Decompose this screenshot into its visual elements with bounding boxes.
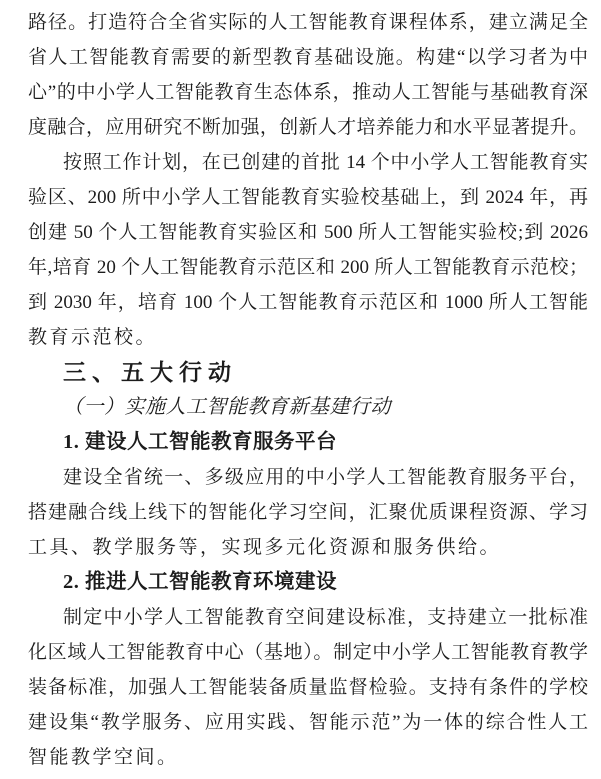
document-page: 路径。打造符合全省实际的人工智能教育课程体系，建立满足全省人工智能教育需要的新型…	[0, 0, 601, 779]
text-line: 化区域人工智能教育中心（基地）。制定中小学人工智能教育教学	[28, 635, 588, 670]
subsection-heading-one: （一）实施人工智能教育新基建行动	[28, 390, 588, 425]
text-line: 三、五大行动	[28, 355, 588, 390]
text-line: 按照工作计划，在已创建的首批 14 个中小学人工智能教育实	[28, 145, 588, 180]
text-line: 制定中小学人工智能教育空间建设标准，支持建立一批标准	[28, 600, 588, 635]
body-paragraph-platform: 建设全省统一、多级应用的中小学人工智能教育服务平台，搭建融合线上线下的智能化学习…	[28, 460, 588, 565]
numbered-heading-2: 2. 推进人工智能教育环境建设	[28, 565, 588, 600]
text-line: 1. 建设人工智能教育服务平台	[28, 425, 588, 460]
text-line: （一）实施人工智能教育新基建行动	[28, 390, 588, 425]
body-paragraph-work-plan: 按照工作计划，在已创建的首批 14 个中小学人工智能教育实验区、200 所中小学…	[28, 145, 588, 355]
text-line: 度融合，应用研究不断加强，创新人才培养能力和水平显著提升。	[28, 110, 588, 145]
body-paragraph-environment: 制定中小学人工智能教育空间建设标准，支持建立一批标准化区域人工智能教育中心（基地…	[28, 600, 588, 775]
text-line: 建设集“教学服务、应用实践、智能示范”为一体的综合性人工	[28, 705, 588, 740]
text-line: 工具、教学服务等，实现多元化资源和服务供给。	[28, 530, 588, 565]
text-line: 教育示范校。	[28, 320, 588, 355]
text-line: 年,培育 20 个人工智能教育示范区和 200 所人工智能教育示范校；	[28, 250, 588, 285]
text-line: 到 2030 年，培育 100 个人工智能教育示范区和 1000 所人工智能	[28, 285, 588, 320]
text-line: 心”的中小学人工智能教育生态体系，推动人工智能与基础教育深	[28, 75, 588, 110]
document-body: 路径。打造符合全省实际的人工智能教育课程体系，建立满足全省人工智能教育需要的新型…	[28, 5, 588, 775]
text-line: 验区、200 所中小学人工智能教育实验校基础上，到 2024 年，再	[28, 180, 588, 215]
text-line: 建设全省统一、多级应用的中小学人工智能教育服务平台，	[28, 460, 588, 495]
section-heading-three: 三、五大行动	[28, 355, 588, 390]
text-line: 2. 推进人工智能教育环境建设	[28, 565, 588, 600]
text-line: 装备标准，加强人工智能装备质量监督检验。支持有条件的学校	[28, 670, 588, 705]
text-line: 搭建融合线上线下的智能化学习空间，汇聚优质课程资源、学习	[28, 495, 588, 530]
text-line: 省人工智能教育需要的新型教育基础设施。构建“以学习者为中	[28, 40, 588, 75]
numbered-heading-1: 1. 建设人工智能教育服务平台	[28, 425, 588, 460]
text-line: 路径。打造符合全省实际的人工智能教育课程体系，建立满足全	[28, 5, 588, 40]
body-paragraph-continued: 路径。打造符合全省实际的人工智能教育课程体系，建立满足全省人工智能教育需要的新型…	[28, 5, 588, 145]
text-line: 创建 50 个人工智能教育实验区和 500 所人工智能实验校;到 2026	[28, 215, 588, 250]
text-line: 智能教学空间。	[28, 740, 588, 775]
